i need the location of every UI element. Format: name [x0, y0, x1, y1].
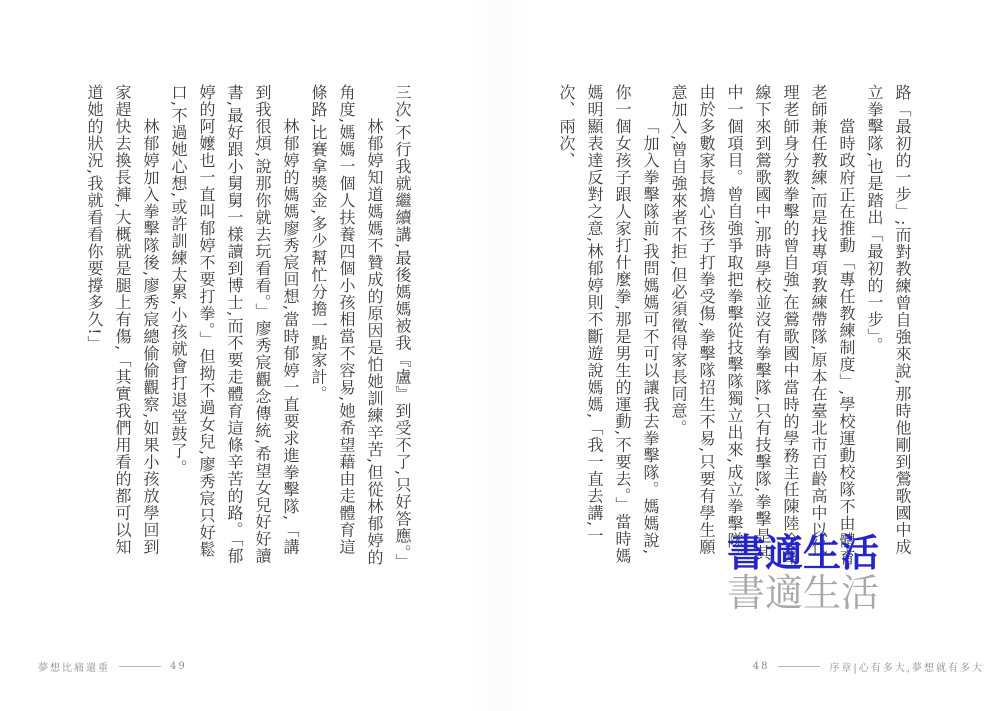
page-number: 48 [753, 661, 770, 672]
footer-rule [778, 666, 820, 667]
page-49-footer: 夢想比痛還重 49 [38, 659, 187, 674]
book-title: 夢想比痛還重 [38, 659, 110, 674]
page-number: 49 [170, 661, 187, 672]
paragraph: 林郁婷知道媽媽不贊成的原因是怕她訓練辛苦,但從林郁婷的角度,媽媽一個人扶養四個小… [304, 84, 388, 568]
watermark-gray-text: 書適生活 [727, 574, 879, 612]
chapter-title: 序章|心有多大,夢想就有多大 [829, 659, 984, 674]
paragraph: 三次,不行我就繼續講,最後媽媽被我『盧』到受不了,只好答應。」 [388, 84, 416, 568]
footer-rule [119, 666, 161, 667]
paragraph: 路「最初的一步」;而對教練曾自強來說,那時他剛到鶯歌國中成立拳擊隊,也是踏出「最… [860, 84, 916, 568]
paragraph: 林郁婷的媽媽廖秀宸回想,當時郁婷一直要求進拳擊隊,「講到我很煩,說那你就去玩看看… [164, 84, 304, 568]
page-48-footer: 48 序章|心有多大,夢想就有多大 [753, 659, 984, 674]
page-48-text-block: 路「最初的一步」;而對教練曾自強來說,那時他剛到鶯歌國中成立拳擊隊,也是踏出「最… [576, 84, 916, 568]
paragraph: 當時政府正在推動「專任教練制度」,學校運動校隊不由體育老師兼任教練,而是找專項教… [664, 84, 860, 568]
paragraph: 林郁婷加入拳擊隊後,廖秀宸總偷偷觀察,如果小孩放學回到家趕快去換長褲,大概就是腿… [80, 84, 164, 568]
page-gutter-shadow [470, 0, 530, 711]
book-spread: 三次,不行我就繼續講,最後媽媽被我『盧』到受不了,只好答應。」 林郁婷知道媽媽不… [0, 0, 1000, 711]
page-49-text-block: 三次,不行我就繼續講,最後媽媽被我『盧』到受不了,只好答應。」 林郁婷知道媽媽不… [70, 84, 416, 568]
paragraph: 「加入拳擊隊前,我問媽媽可不可以讓我去拳擊隊。媽媽說,你一個女孩子跟人家打什麼拳… [552, 84, 664, 568]
